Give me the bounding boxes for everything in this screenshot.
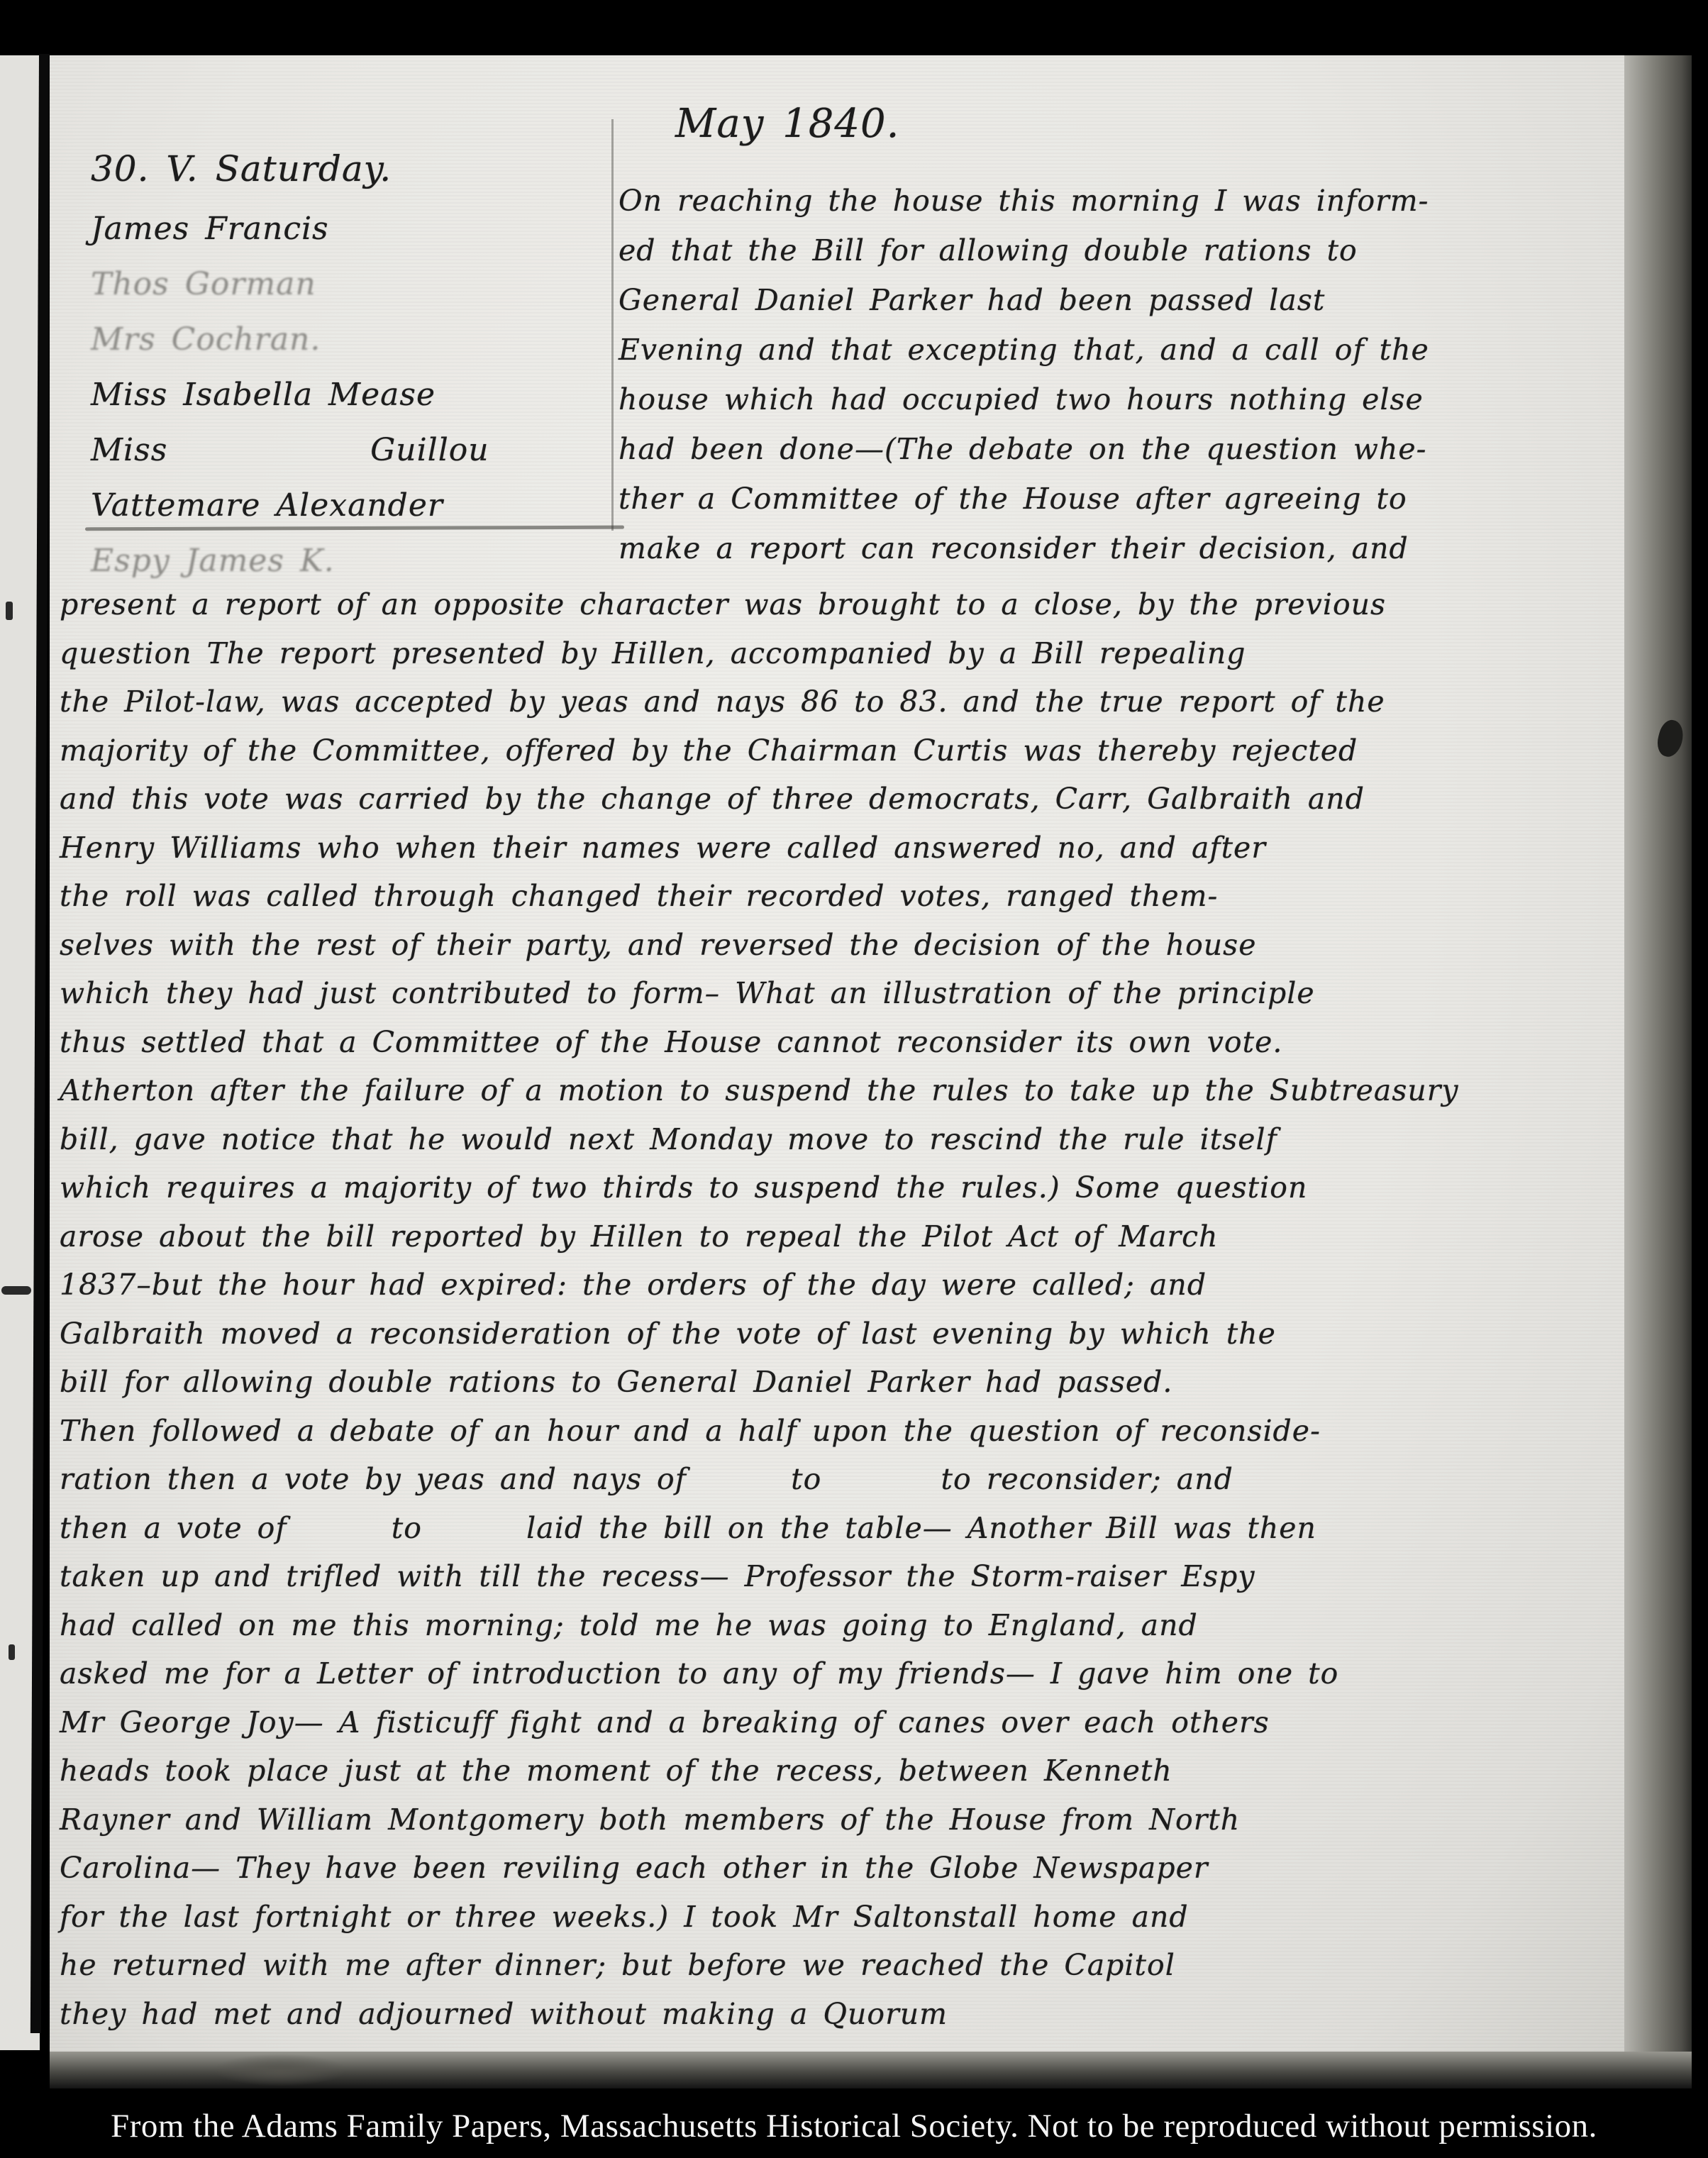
diary-line: arose about the bill reported by Hillen … bbox=[60, 1212, 1627, 1261]
diary-line: Galbraith moved a reconsideration of the… bbox=[60, 1310, 1627, 1359]
margin-divider-line bbox=[611, 119, 614, 531]
diary-line: Mr George Joy— A fisticuff fight and a b… bbox=[60, 1698, 1627, 1747]
visitor-name: Miss Guillou bbox=[91, 423, 601, 478]
diary-line: bill for allowing double rations to Gene… bbox=[60, 1358, 1627, 1407]
scanned-manuscript-viewer: { "page": { "header_date": "May 1840.", … bbox=[0, 0, 1708, 2158]
diary-line: Atherton after the failure of a motion t… bbox=[60, 1066, 1627, 1115]
diary-line: for the last fortnight or three weeks.) … bbox=[60, 1893, 1627, 1942]
diary-line: ration then a vote by yeas and nays of t… bbox=[60, 1455, 1627, 1504]
diary-line: he returned with me after dinner; but be… bbox=[60, 1941, 1627, 1990]
diary-line: had called on me this morning; told me h… bbox=[60, 1601, 1627, 1650]
visitor-name: Miss Isabella Mease bbox=[91, 367, 601, 423]
ink-fragment bbox=[1, 1286, 31, 1295]
diary-line: General Daniel Parker had been passed la… bbox=[619, 275, 1633, 325]
visitor-name: Thos Gorman bbox=[91, 257, 601, 312]
diary-line: Evening and that excepting that, and a c… bbox=[619, 325, 1633, 375]
diary-line: present a report of an opposite characte… bbox=[60, 580, 1627, 629]
diary-line: bill, gave notice that he would next Mon… bbox=[60, 1115, 1627, 1164]
visitor-name: Mrs Cochran. bbox=[91, 312, 601, 367]
diary-line: ed that the Bill for allowing double rat… bbox=[619, 226, 1633, 275]
diary-line: which they had just contributed to form–… bbox=[60, 969, 1627, 1018]
diary-line: thus settled that a Committee of the Hou… bbox=[60, 1018, 1627, 1067]
diary-line: On reaching the house this morning I was… bbox=[619, 176, 1633, 226]
diary-line: heads took place just at the moment of t… bbox=[60, 1747, 1627, 1795]
entry-column-text: On reaching the house this morning I was… bbox=[619, 176, 1633, 573]
diary-line: majority of the Committee, offered by th… bbox=[60, 726, 1627, 775]
edge-smudge bbox=[213, 2054, 348, 2086]
diary-line: selves with the rest of their party, and… bbox=[60, 921, 1627, 970]
diary-line: Carolina— They have been reviling each o… bbox=[60, 1844, 1627, 1893]
diary-line: which requires a majority of two thirds … bbox=[60, 1163, 1627, 1212]
diary-line: the roll was called through changed thei… bbox=[60, 872, 1627, 921]
visitor-name: James Francis bbox=[91, 201, 601, 257]
diary-line: ther a Committee of the House after agre… bbox=[619, 474, 1633, 524]
diary-line: and this vote was carried by the change … bbox=[60, 775, 1627, 824]
entry-full-text: present a report of an opposite characte… bbox=[60, 580, 1627, 2038]
diary-line: make a report can reconsider their decis… bbox=[619, 524, 1633, 573]
diary-line: house which had occupied two hours nothi… bbox=[619, 375, 1633, 424]
footer-caption: From the Adams Family Papers, Massachuse… bbox=[0, 2107, 1708, 2145]
diary-line: the Pilot-law, was accepted by yeas and … bbox=[60, 677, 1627, 726]
diary-line: taken up and trifled with till the reces… bbox=[60, 1552, 1627, 1601]
diary-line: question The report presented by Hillen,… bbox=[60, 629, 1627, 678]
diary-line: Then followed a debate of an hour and a … bbox=[60, 1407, 1627, 1456]
ink-fragment bbox=[6, 602, 13, 620]
entry-header-date: May 1840. bbox=[675, 101, 899, 147]
diary-line: then a vote of to laid the bill on the t… bbox=[60, 1504, 1627, 1553]
diary-line: they had met and adjourned without makin… bbox=[60, 1990, 1627, 2039]
visitor-list: James FrancisThos GormanMrs Cochran.Miss… bbox=[91, 201, 601, 589]
ink-fragment bbox=[9, 1644, 15, 1660]
diary-line: asked me for a Letter of introduction to… bbox=[60, 1649, 1627, 1698]
margin-date: 30. V. Saturday. bbox=[91, 136, 601, 201]
margin-note: 30. V. Saturday. James FrancisThos Gorma… bbox=[91, 136, 601, 589]
diary-line: had been done—(The debate on the questio… bbox=[619, 424, 1633, 474]
diary-line: 1837–but the hour had expired: the order… bbox=[60, 1261, 1627, 1310]
diary-line: Henry Williams who when their names were… bbox=[60, 824, 1627, 873]
page-edge-band bbox=[1624, 55, 1692, 2052]
diary-line: Rayner and William Montgomery both membe… bbox=[60, 1795, 1627, 1844]
